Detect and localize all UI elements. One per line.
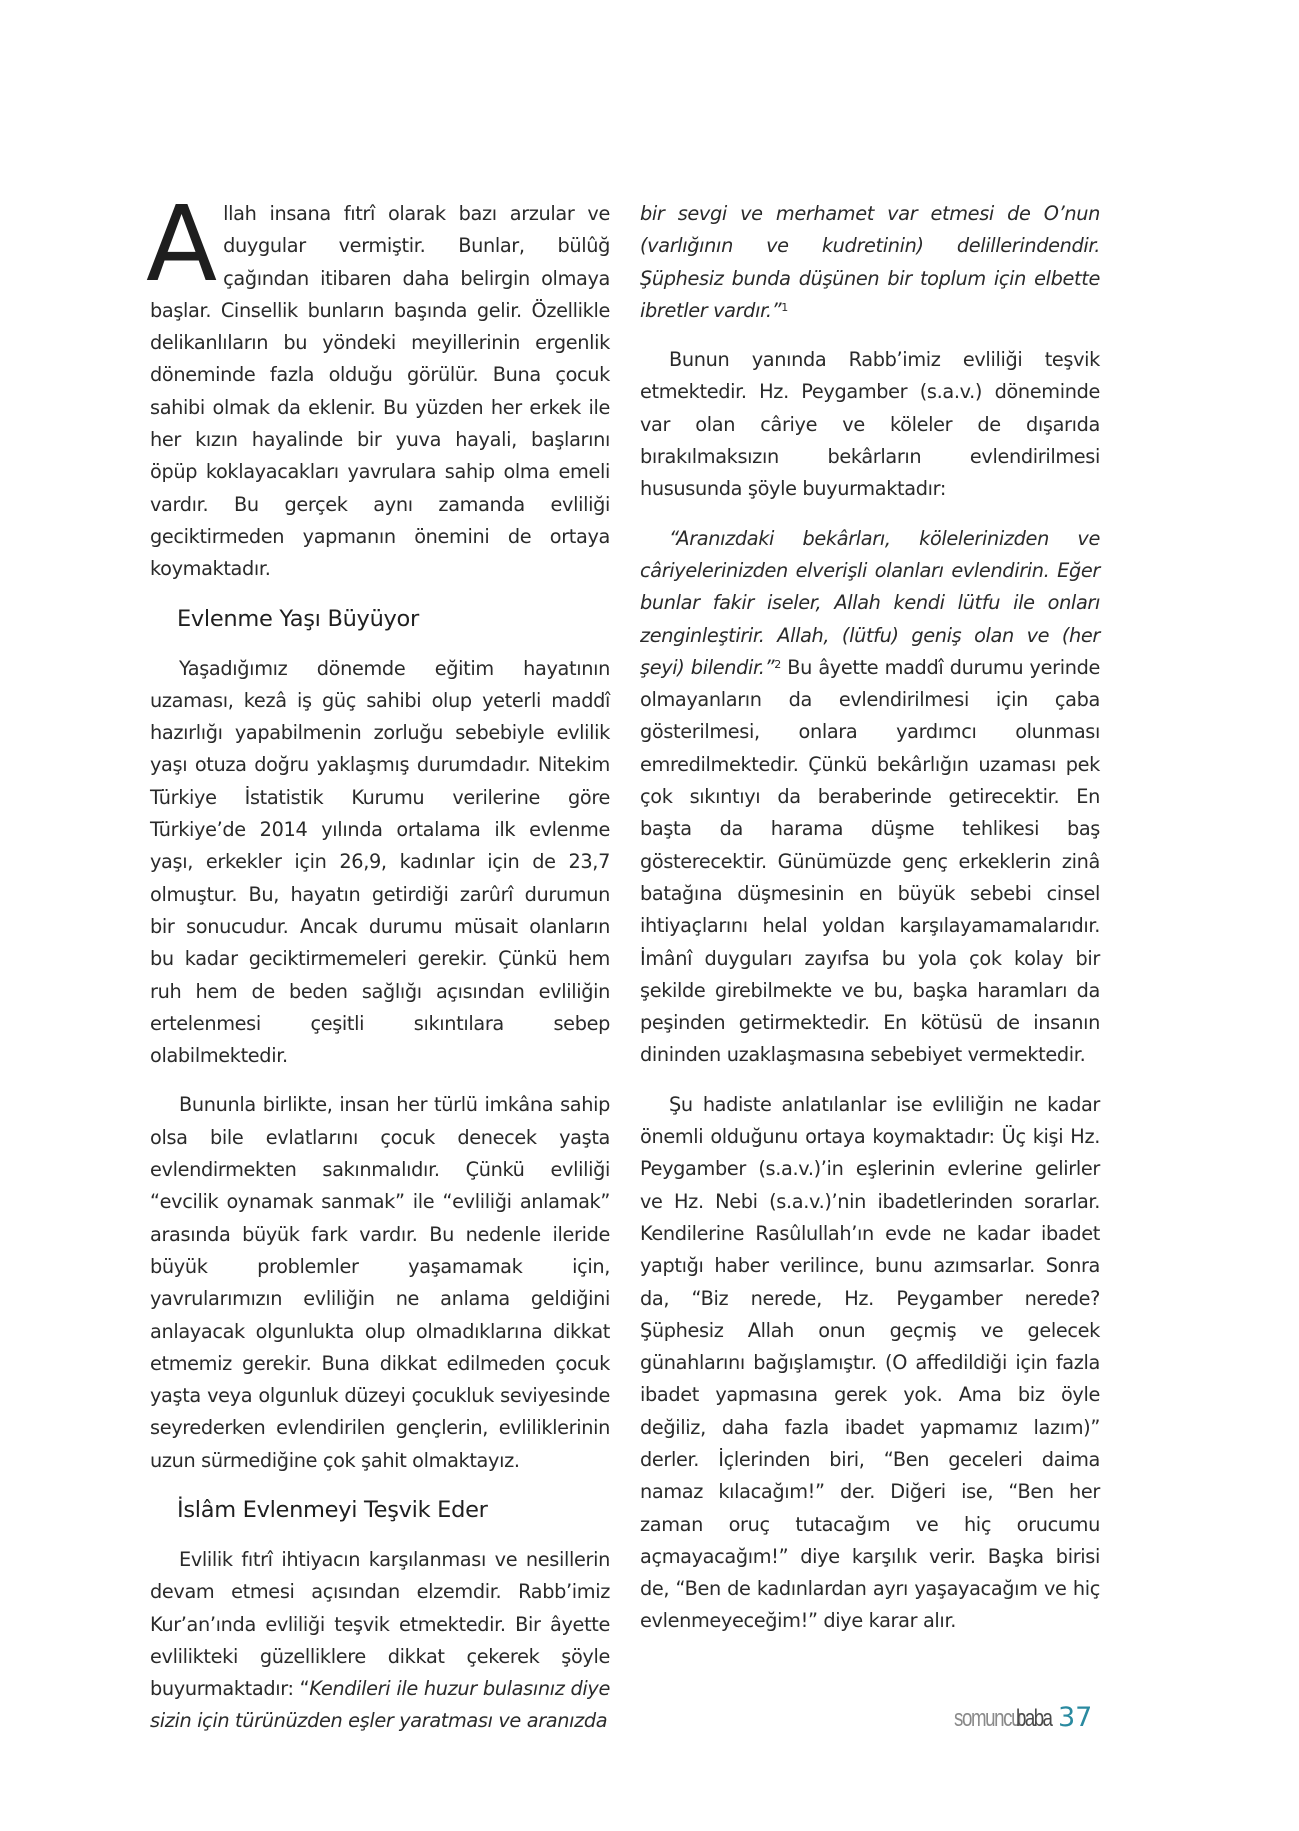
paragraph: Şu hadiste anlatılanlar ise evliliğin ne… bbox=[640, 1089, 1100, 1638]
footnote-marker: 2 bbox=[774, 658, 781, 671]
paragraph: “Aranızdaki bekârları, kölelerinizden ve… bbox=[640, 523, 1100, 1072]
quote-italic: bir sevgi ve merhamet var etmesi de O’nu… bbox=[640, 202, 1100, 322]
paragraph: Yaşadığımız dönemde eğitim hayatının uza… bbox=[150, 653, 610, 1073]
paragraph-text: Bu âyette maddî durumu yerinde olmayanla… bbox=[640, 656, 1100, 1067]
paragraph: Bunun yanında Rabb’imiz evliliği teşvik … bbox=[640, 344, 1100, 505]
paragraph: Evlilik fıtrî ihtiyacın karşılanması ve … bbox=[150, 1544, 610, 1738]
intro-text: llah insana fıtrî olarak bazı arzular ve… bbox=[150, 202, 610, 580]
right-column: bir sevgi ve merhamet var etmesi de O’nu… bbox=[640, 198, 1100, 1655]
left-column: Allah insana fıtrî olarak bazı arzular v… bbox=[150, 198, 610, 1755]
quote-continuation: bir sevgi ve merhamet var etmesi de O’nu… bbox=[640, 198, 1100, 327]
section-heading-evlenme-yasi: Evlenme Yaşı Büyüyor bbox=[177, 603, 610, 635]
page-number: 37 bbox=[1058, 1702, 1092, 1733]
magazine-logo-part2: baba bbox=[1016, 1705, 1046, 1733]
paragraph: Bununla birlikte, insan her türlü imkâna… bbox=[150, 1089, 610, 1477]
page-footer: somuncu baba 37 bbox=[954, 1702, 1092, 1732]
section-heading-islam-evlenmeyi: İslâm Evlenmeyi Teşvik Eder bbox=[177, 1494, 610, 1526]
intro-paragraph: Allah insana fıtrî olarak bazı arzular v… bbox=[150, 198, 610, 586]
magazine-logo-part1: somuncu bbox=[954, 1705, 1002, 1733]
footnote-marker: 1 bbox=[781, 301, 788, 314]
drop-cap: A bbox=[146, 204, 217, 288]
